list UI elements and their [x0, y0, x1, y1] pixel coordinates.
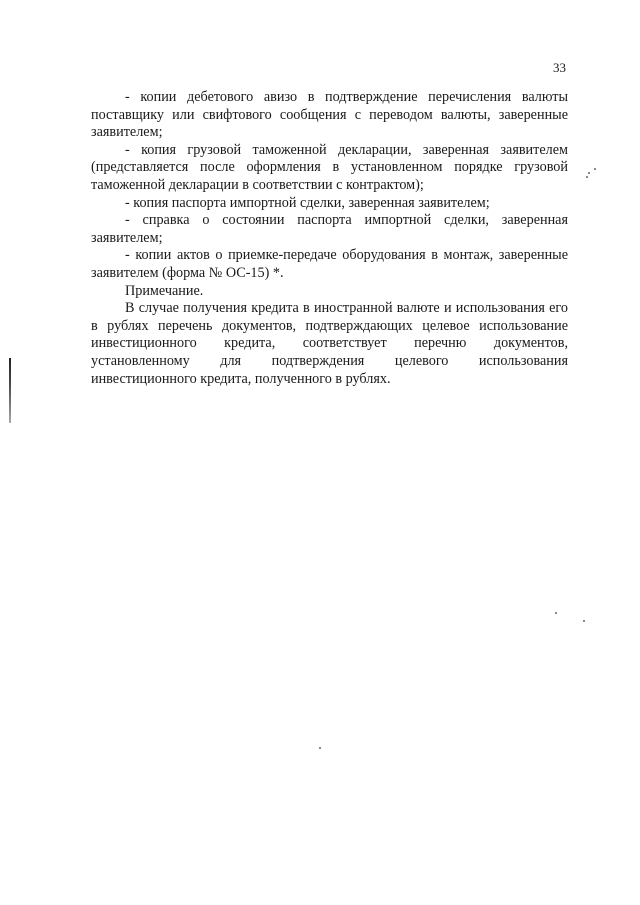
scan-artifact-line	[9, 358, 11, 423]
scan-speck	[555, 612, 557, 614]
paragraph-customs-declaration: - копия грузовой таможенной декларации, …	[91, 142, 568, 195]
paragraph-equipment-acts: - копии актов о приемке-передаче оборудо…	[91, 247, 568, 282]
note-paragraph: В случае получения кредита в иностранной…	[91, 300, 568, 388]
document-body: - копии дебетового авизо в подтверждение…	[91, 89, 568, 388]
note-heading: Примечание.	[91, 283, 568, 301]
scan-speck	[594, 168, 596, 170]
scan-speck	[586, 176, 588, 178]
paragraph-debit-advice: - копии дебетового авизо в подтверждение…	[91, 89, 568, 142]
page-number: 33	[553, 60, 566, 76]
paragraph-import-passport-copy: - копия паспорта импортной сделки, завер…	[91, 195, 568, 213]
scan-speck	[319, 747, 321, 749]
scan-speck	[588, 172, 590, 174]
scan-speck	[583, 620, 585, 622]
paragraph-import-passport-status: - справка о состоянии паспорта импортной…	[91, 212, 568, 247]
